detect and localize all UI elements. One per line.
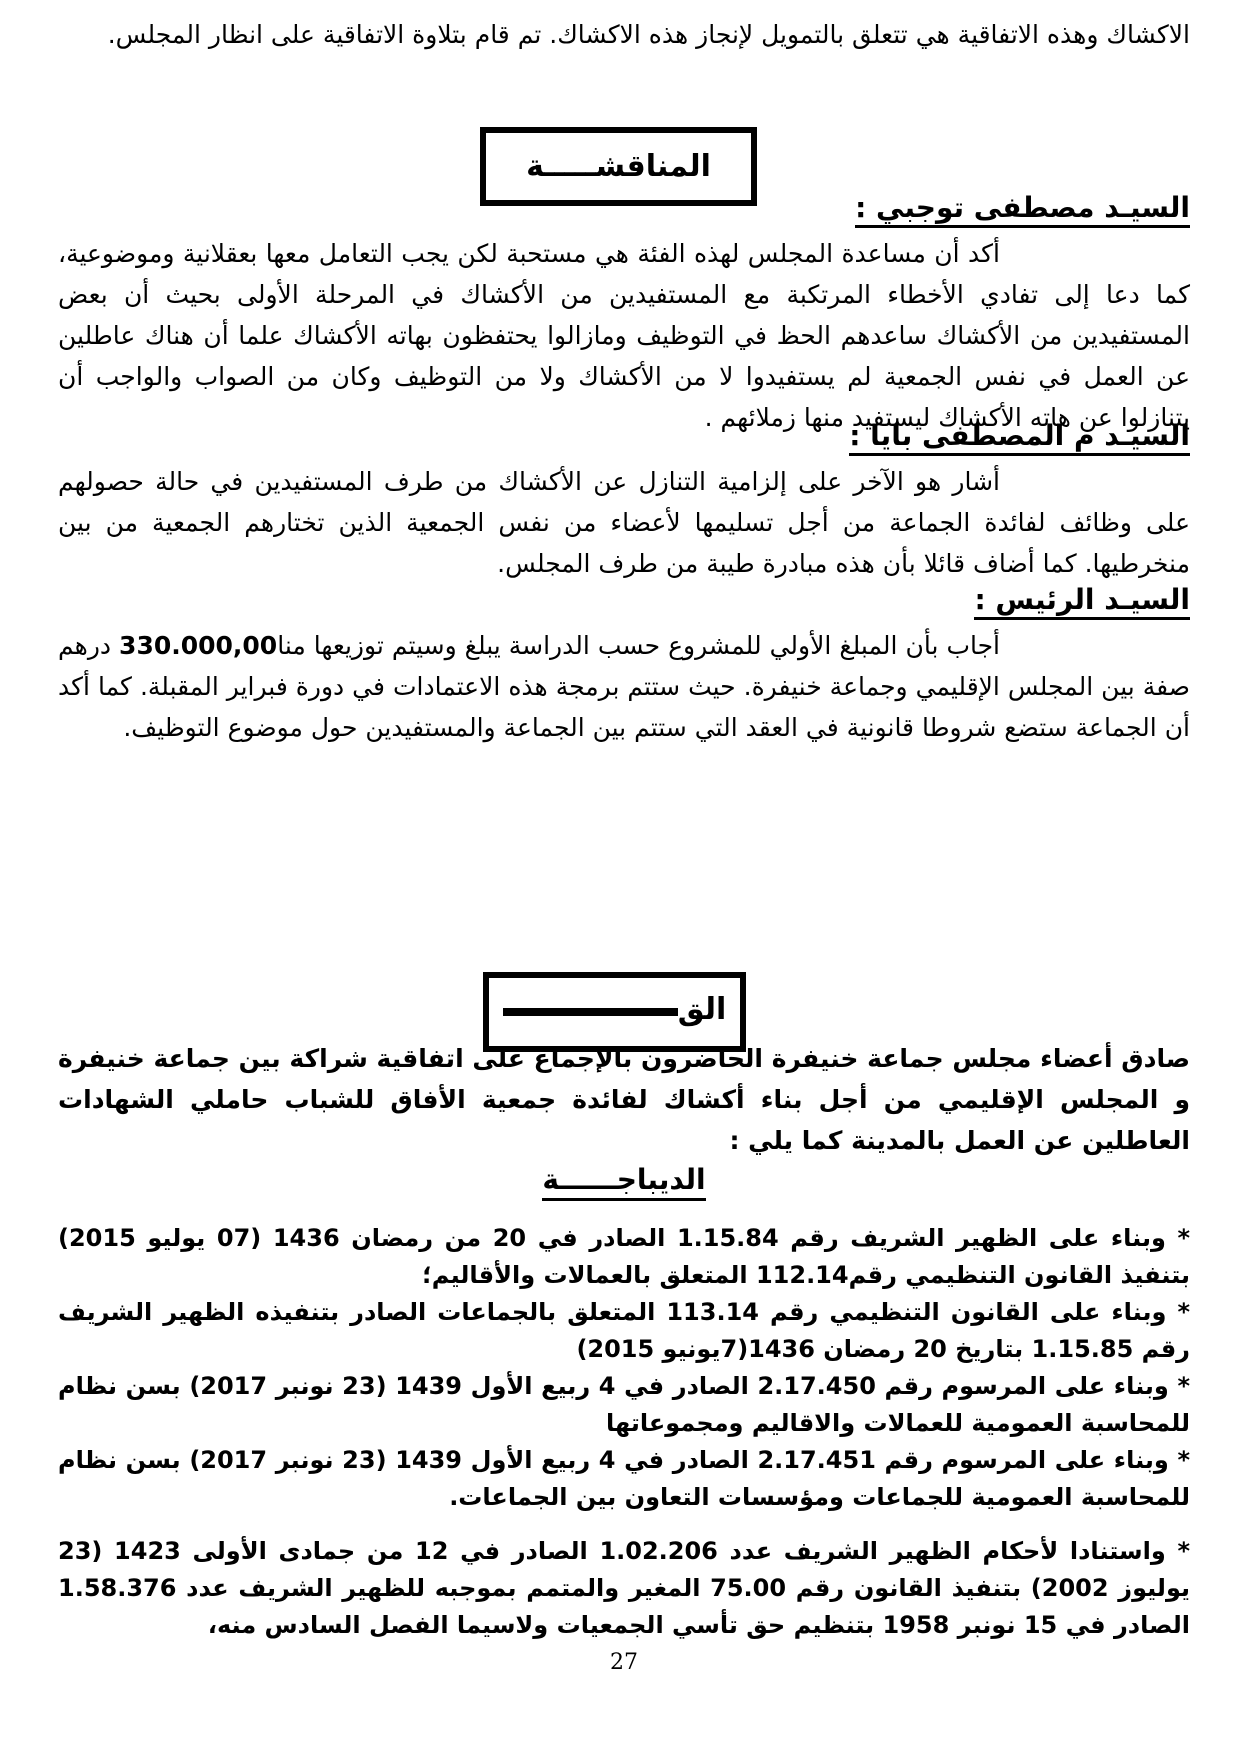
speaker-heading-president: السيـد الرئيس : bbox=[974, 582, 1190, 618]
intro-paragraph: الاكشاك وهذه الاتفاقية هي تتعلق بالتمويل… bbox=[58, 14, 1190, 55]
discussion-title: المناقشـــــة bbox=[526, 149, 711, 184]
speaker-name-toujbi: السيـد مصطفى توجبي : bbox=[855, 191, 1190, 228]
preamble-item: * وبناء على القانون التنظيمي رقم 113.14 … bbox=[58, 1294, 1190, 1368]
preamble-item: * واستنادا لأحكام الظهير الشريف عدد 1.02… bbox=[58, 1533, 1190, 1644]
preamble-item: * وبناء على المرسوم رقم 2.17.451 الصادر … bbox=[58, 1442, 1190, 1516]
page-number: 27 bbox=[58, 1650, 1190, 1675]
decision-title-box: الق bbox=[483, 972, 746, 1052]
preamble-item: * وبناء على المرسوم رقم 2.17.450 الصادر … bbox=[58, 1368, 1190, 1442]
speaker-name-president: السيـد الرئيس : bbox=[974, 583, 1190, 620]
decision-title: الق bbox=[678, 992, 727, 1027]
speaker-speech-baya: أشار هو الآخر على إلزامية التنازل عن الأ… bbox=[58, 461, 1190, 584]
speaker-heading-toujbi: السيـد مصطفى توجبي : bbox=[855, 190, 1190, 226]
resolution-paragraph: صادق أعضاء مجلس جماعة خنيفرة الحاضرون با… bbox=[58, 1038, 1190, 1161]
president-speech-part1: أجاب بأن المبلغ الأولي للمشروع حسب الدرا… bbox=[277, 631, 1000, 660]
speaker-speech-toujbi: أكد أن مساعدة المجلس لهذه الفئة هي مستحب… bbox=[58, 233, 1190, 438]
discussion-title-box: المناقشـــــة bbox=[480, 127, 757, 206]
document-page: الاكشاك وهذه الاتفاقية هي تتعلق بالتمويل… bbox=[0, 0, 1240, 1755]
speaker-speech-president: أجاب بأن المبلغ الأولي للمشروع حسب الدرا… bbox=[58, 625, 1190, 748]
tatweel-line bbox=[503, 1008, 678, 1016]
preamble-item: * وبناء على الظهير الشريف رقم 1.15.84 ال… bbox=[58, 1220, 1190, 1294]
speaker-name-baya: السيـد م المصطفى بايا : bbox=[849, 419, 1190, 456]
preamble-heading: الديباجــــــة bbox=[58, 1163, 1190, 1196]
preamble-list: * وبناء على الظهير الشريف رقم 1.15.84 ال… bbox=[58, 1220, 1190, 1644]
speaker-heading-baya: السيـد م المصطفى بايا : bbox=[849, 418, 1190, 454]
preamble-title: الديباجــــــة bbox=[542, 1163, 705, 1201]
amount-value: 330.000,00 bbox=[119, 631, 277, 660]
